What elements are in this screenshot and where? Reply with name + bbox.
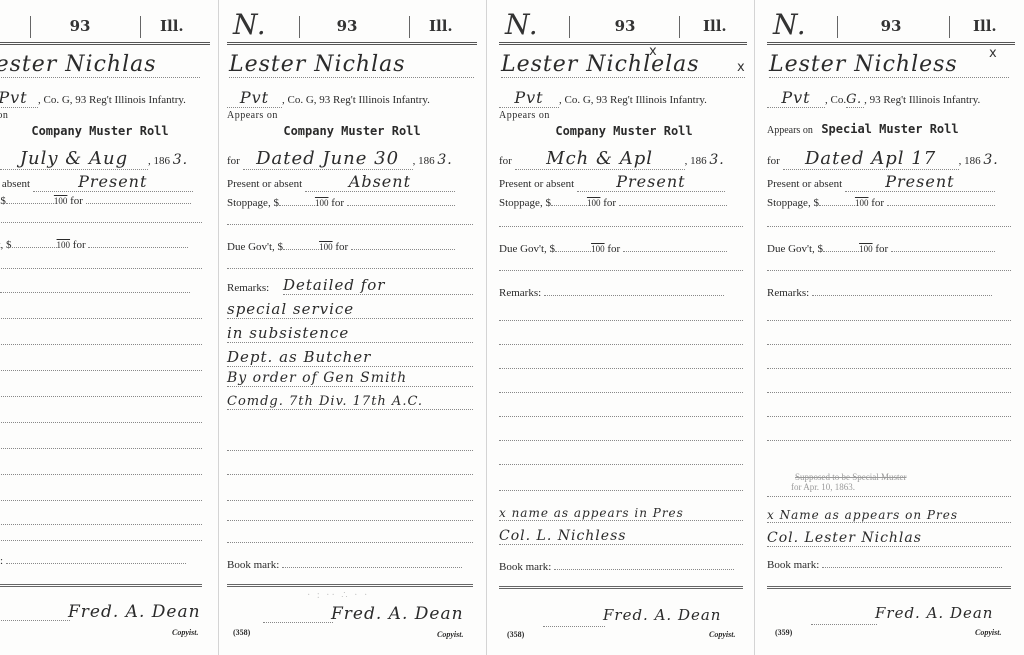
for-label: for xyxy=(227,155,240,167)
due-govt-row: Due Gov't, $100 for xyxy=(767,242,995,255)
copyist-label: Copyist. xyxy=(709,630,735,639)
due-govt-label: v't, $ xyxy=(0,239,12,251)
year-prefix: , 186 xyxy=(148,155,170,167)
remarks-line-1: Detailed for xyxy=(283,276,473,295)
stoppage-label: Stoppage, $ xyxy=(499,197,551,209)
regiment-number: 93 xyxy=(851,17,931,35)
unit-text: , 93 Reg't Illinois Infantry. xyxy=(864,94,980,106)
copyist-signature: Fred. A. Dean xyxy=(875,604,993,622)
appears-on-label: Appears on xyxy=(227,110,278,121)
due-govt-row: Due Gov't, $100 for xyxy=(227,240,455,253)
remarks-label: Remarks: xyxy=(767,287,809,299)
for-row: for Dated June 30, 186 3. xyxy=(227,148,453,170)
copyist-signature: Fred. A. Dean xyxy=(331,604,464,624)
soldier-name: Lester Nichless xyxy=(769,52,1009,78)
state-abbrev: Ill. xyxy=(160,17,184,35)
year-prefix: , 186 xyxy=(959,155,981,167)
rank-row: Pvt, Co. G, 93 Reg't Illinois Infantry. xyxy=(227,88,430,108)
card-letter: N. xyxy=(233,8,267,41)
rank-row: Pvt, Co. G, 93 Reg't Illinois Infantry. xyxy=(499,88,707,108)
copyist-label: Copyist. xyxy=(172,628,198,637)
remarks-line-3: in subsistence xyxy=(227,324,473,343)
due-govt-for: for xyxy=(875,243,888,255)
rank-row: Pvt, Co. G, 93 Reg't Illinois Infantry. xyxy=(0,88,186,108)
muster-card-2: N. 93 Ill. Lester Nichlas Pvt, Co. G, 93… xyxy=(218,0,487,655)
book-mark-label: ark: xyxy=(0,555,3,567)
regiment-number: 93 xyxy=(585,17,665,35)
soldier-name: Lester Nichlas xyxy=(229,52,474,78)
remarks-row: s: xyxy=(0,283,190,296)
due-govt-cents: 100 xyxy=(859,244,873,254)
year-digit: 3. xyxy=(437,152,452,168)
co-prefix: , Co. xyxy=(825,94,846,106)
due-govt-label: Due Gov't, $ xyxy=(227,241,283,253)
header-divider xyxy=(837,16,838,38)
header-divider xyxy=(409,16,410,38)
header-divider xyxy=(30,16,31,38)
roll-title: Company Muster Roll xyxy=(0,124,200,138)
header-divider xyxy=(679,16,680,38)
card-number: (359) xyxy=(775,628,792,637)
roll-title: Company Muster Roll xyxy=(519,124,729,138)
appears-on-label: Appears on xyxy=(499,110,550,121)
card-letter: N. xyxy=(505,8,539,41)
due-govt-row: v't, $100 for xyxy=(0,238,188,251)
book-mark-row: ark: xyxy=(0,554,186,567)
stoppage-for: for xyxy=(871,197,884,209)
rank-value: Pvt xyxy=(499,88,559,108)
book-mark-label: Book mark: xyxy=(767,559,819,571)
stoppage-for: for xyxy=(331,197,344,209)
due-govt-cents: 100 xyxy=(591,244,605,254)
copyist-signature: Fred. A. Dean xyxy=(603,606,721,624)
stoppage-cents: 100 xyxy=(54,196,68,206)
stoppage-cents: 100 xyxy=(855,198,869,208)
muster-card-4: N. 93 Ill. x Lester Nichless Pvt, Co.G.,… xyxy=(754,0,1024,655)
present-absent-value: Absent xyxy=(305,172,455,192)
company-value: G. xyxy=(846,92,864,108)
header-divider xyxy=(140,16,141,38)
for-row: July & Aug, 186 3. xyxy=(0,148,188,170)
stoppage-row: Stoppage, $100 for xyxy=(499,196,727,209)
book-mark-label: Book mark: xyxy=(227,559,279,571)
present-absent-row: or absent Present xyxy=(0,172,193,192)
for-label: for xyxy=(499,155,512,167)
remarks-label: Remarks: xyxy=(499,287,541,299)
state-abbrev: Ill. xyxy=(973,17,997,35)
present-absent-label: Present or absent xyxy=(227,178,302,190)
rank-value: Pvt xyxy=(0,88,38,108)
appears-on-label: s on xyxy=(0,110,8,121)
copyist-signature: Fred. A. Dean xyxy=(68,602,201,622)
card-letter: N. xyxy=(773,8,807,41)
stoppage-for: for xyxy=(603,197,616,209)
muster-card-1: N. 93 Ill. Lester Nichlas Pvt, Co. G, 93… xyxy=(0,0,218,655)
stoppage-row: e, $100 for xyxy=(0,194,191,207)
for-value: July & Aug xyxy=(0,148,148,170)
muster-card-3: N. 93 Ill. x x Lester Nichlelas Pvt, Co.… xyxy=(486,0,755,655)
for-row: for Dated Apl 17, 186 3. xyxy=(767,148,999,170)
stamp-line-1: Supposed to be Special Muster xyxy=(795,472,907,482)
copyist-label: Copyist. xyxy=(437,630,463,639)
book-mark-row: Book mark: xyxy=(499,560,734,573)
stoppage-cents: 100 xyxy=(587,198,601,208)
present-absent-value: Present xyxy=(33,172,193,192)
stoppage-row: Stoppage, $100 for xyxy=(767,196,995,209)
card-number: (358) xyxy=(507,630,524,639)
present-absent-row: Present or absent Present xyxy=(499,172,725,192)
state-abbrev: Ill. xyxy=(429,17,453,35)
remarks-row: Remarks: xyxy=(227,282,269,294)
footnote-line-2: Col. Lester Nichlas xyxy=(767,530,1011,547)
stoppage-label: Stoppage, $ xyxy=(767,197,819,209)
present-absent-row: Present or absent Absent xyxy=(227,172,455,192)
for-value: Dated Apl 17 xyxy=(783,148,959,170)
for-row: for Mch & Apl, 186 3. xyxy=(499,148,725,170)
unit-text: , Co. G, 93 Reg't Illinois Infantry. xyxy=(282,94,430,106)
stoppage-row: Stoppage, $100 for xyxy=(227,196,455,209)
book-mark-row: Book mark: xyxy=(227,558,462,571)
regiment-number: 93 xyxy=(40,17,120,35)
stoppage-cents: 100 xyxy=(315,198,329,208)
header-divider xyxy=(949,16,950,38)
year-digit: 3. xyxy=(983,152,998,168)
card-number: (358) xyxy=(233,628,250,637)
due-govt-for: for xyxy=(607,243,620,255)
present-absent-value: Present xyxy=(577,172,725,192)
due-govt-label: Due Gov't, $ xyxy=(499,243,555,255)
remarks-label: Remarks: xyxy=(227,282,269,294)
present-absent-value: Present xyxy=(845,172,995,192)
book-mark-label: Book mark: xyxy=(499,561,551,573)
rank-value: Pvt xyxy=(767,88,825,108)
card-header: N. 93 Ill. xyxy=(767,12,1015,45)
rank-value: Pvt xyxy=(227,88,282,108)
due-govt-for: for xyxy=(335,241,348,253)
unit-text: , Co. G, 93 Reg't Illinois Infantry. xyxy=(559,94,707,106)
stamp-residue: · : ·· ∴ · · xyxy=(307,590,369,601)
card-header: N. 93 Ill. xyxy=(227,12,477,45)
rank-row: Pvt, Co.G., 93 Reg't Illinois Infantry. xyxy=(767,88,980,108)
due-govt-cents: 100 xyxy=(319,242,333,252)
remarks-line-6: Comdg. 7th Div. 17th A.C. xyxy=(227,394,473,410)
for-label: for xyxy=(767,155,780,167)
year-prefix: , 186 xyxy=(413,155,435,167)
present-absent-label: or absent xyxy=(0,178,30,190)
due-govt-for: for xyxy=(73,239,86,251)
for-value: Dated June 30 xyxy=(243,148,413,170)
stamp-line-2: for Apr. 10, 1863. xyxy=(791,482,855,492)
copyist-label: Copyist. xyxy=(975,628,1001,637)
stoppage-label: Stoppage, $ xyxy=(227,197,279,209)
header-divider xyxy=(299,16,300,38)
roll-title: Special Muster Roll xyxy=(821,122,958,136)
appears-on-row: Appears on Special Muster Roll xyxy=(767,122,959,136)
card-header: N. 93 Ill. xyxy=(499,12,747,45)
header-divider xyxy=(569,16,570,38)
for-value: Mch & Apl xyxy=(515,148,685,170)
footnote-line-1: x Name as appears on Pres xyxy=(767,508,1011,523)
due-govt-row: Due Gov't, $100 for xyxy=(499,242,727,255)
year-digit: 3. xyxy=(709,152,724,168)
regiment-number: 93 xyxy=(307,17,387,35)
roll-title: Company Muster Roll xyxy=(247,124,457,138)
year-digit: 3. xyxy=(173,152,188,168)
remarks-line-5: By order of Gen Smith xyxy=(227,370,473,387)
remarks-row: Remarks: xyxy=(499,286,724,299)
soldier-name: Lester Nichlelas xyxy=(501,52,745,78)
present-absent-label: Present or absent xyxy=(767,178,842,190)
unit-text: , Co. G, 93 Reg't Illinois Infantry. xyxy=(38,94,186,106)
due-govt-label: Due Gov't, $ xyxy=(767,243,823,255)
remarks-row: Remarks: xyxy=(767,286,992,299)
soldier-name: Lester Nichlas xyxy=(0,52,200,78)
year-prefix: , 186 xyxy=(685,155,707,167)
state-abbrev: Ill. xyxy=(703,17,727,35)
card-header: N. 93 Ill. xyxy=(0,12,210,45)
present-absent-label: Present or absent xyxy=(499,178,574,190)
footnote-line-2: Col. L. Nichless xyxy=(499,528,743,545)
stoppage-for: for xyxy=(70,195,83,207)
book-mark-row: Book mark: xyxy=(767,558,1002,571)
appears-on-label: Appears on xyxy=(767,125,813,136)
remarks-line-4: Dept. as Butcher xyxy=(227,348,473,367)
due-govt-cents: 100 xyxy=(57,240,71,250)
remarks-line-2: special service xyxy=(227,300,473,319)
present-absent-row: Present or absent Present xyxy=(767,172,995,192)
footnote-line-1: x name as appears in Pres xyxy=(499,506,743,521)
